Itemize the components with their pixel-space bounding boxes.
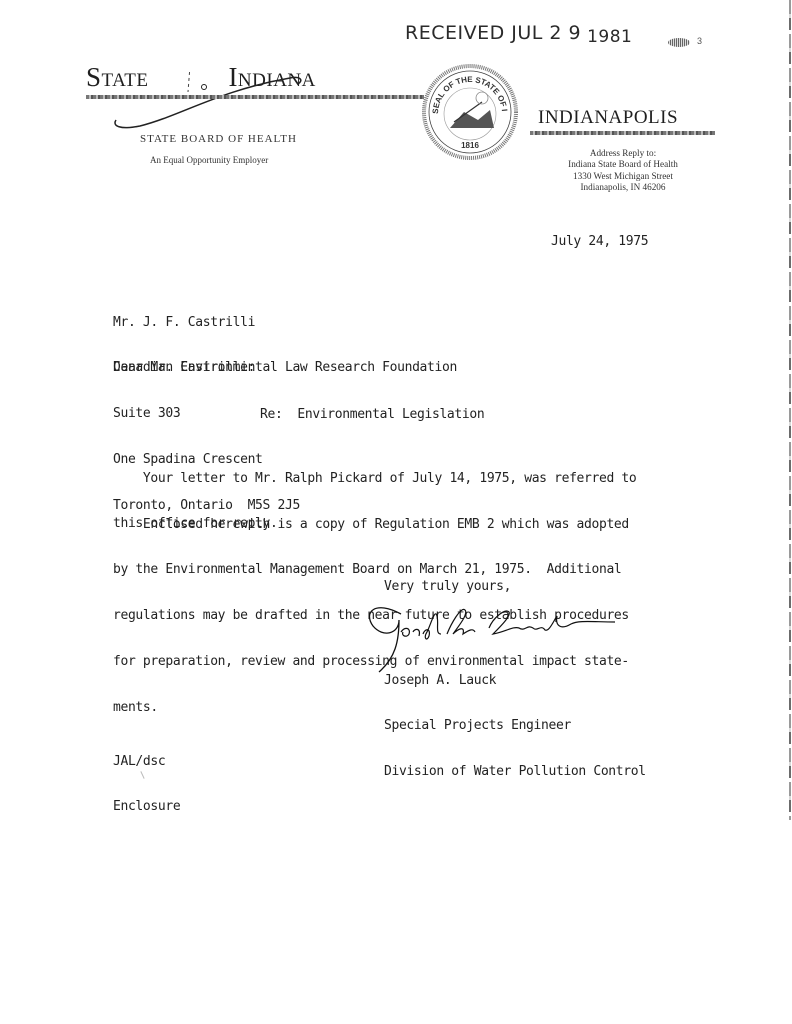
received-stamp-date: RECEIVED JUL 2 9: [405, 22, 581, 44]
page-number: 3: [697, 36, 702, 46]
svg-text:SEAL OF THE STATE OF INDIANA: SEAL OF THE STATE OF INDIANA: [420, 62, 509, 114]
closing: Very truly yours,: [384, 579, 511, 594]
received-stamp: RECEIVED JUL 2 91981: [405, 22, 632, 44]
letter-date: July 24, 1975: [551, 234, 648, 249]
signature-block: Joseph A. Lauck Special Projects Enginee…: [384, 642, 646, 795]
letterhead-rule-left: [86, 95, 424, 99]
script-of-flourish-icon: [110, 70, 310, 130]
subject-line: Re: Environmental Legislation: [260, 407, 484, 422]
signer-division: Division of Water Pollution Control: [384, 764, 646, 779]
received-stamp-year: 1981: [587, 27, 632, 47]
state-seal-icon: SEAL OF THE STATE OF INDIANA 1816: [420, 62, 520, 162]
salutation: Dear Mr. Castrilli:: [113, 360, 255, 375]
letterhead-rule-right: [530, 131, 715, 135]
reply-address: Address Reply to: Indiana State Board of…: [530, 148, 716, 193]
signer-name: Joseph A. Lauck: [384, 673, 646, 688]
enclosure-note: Enclosure: [113, 799, 180, 814]
recipient-name: Mr. J. F. Castrilli: [113, 315, 457, 330]
reference-block: JAL/dsc Enclosure: [113, 723, 180, 830]
svg-text:1816: 1816: [461, 141, 479, 150]
reference-initials: JAL/dsc: [113, 754, 180, 769]
scan-edge-line: [789, 0, 791, 820]
letterhead-city: INDIANAPOLIS: [538, 107, 678, 129]
letterhead-agency: STATE BOARD OF HEALTH: [140, 133, 297, 145]
ornament-icon: [668, 38, 690, 47]
signer-title: Special Projects Engineer: [384, 718, 646, 733]
letterhead-tagline: An Equal Opportunity Employer: [150, 155, 268, 165]
